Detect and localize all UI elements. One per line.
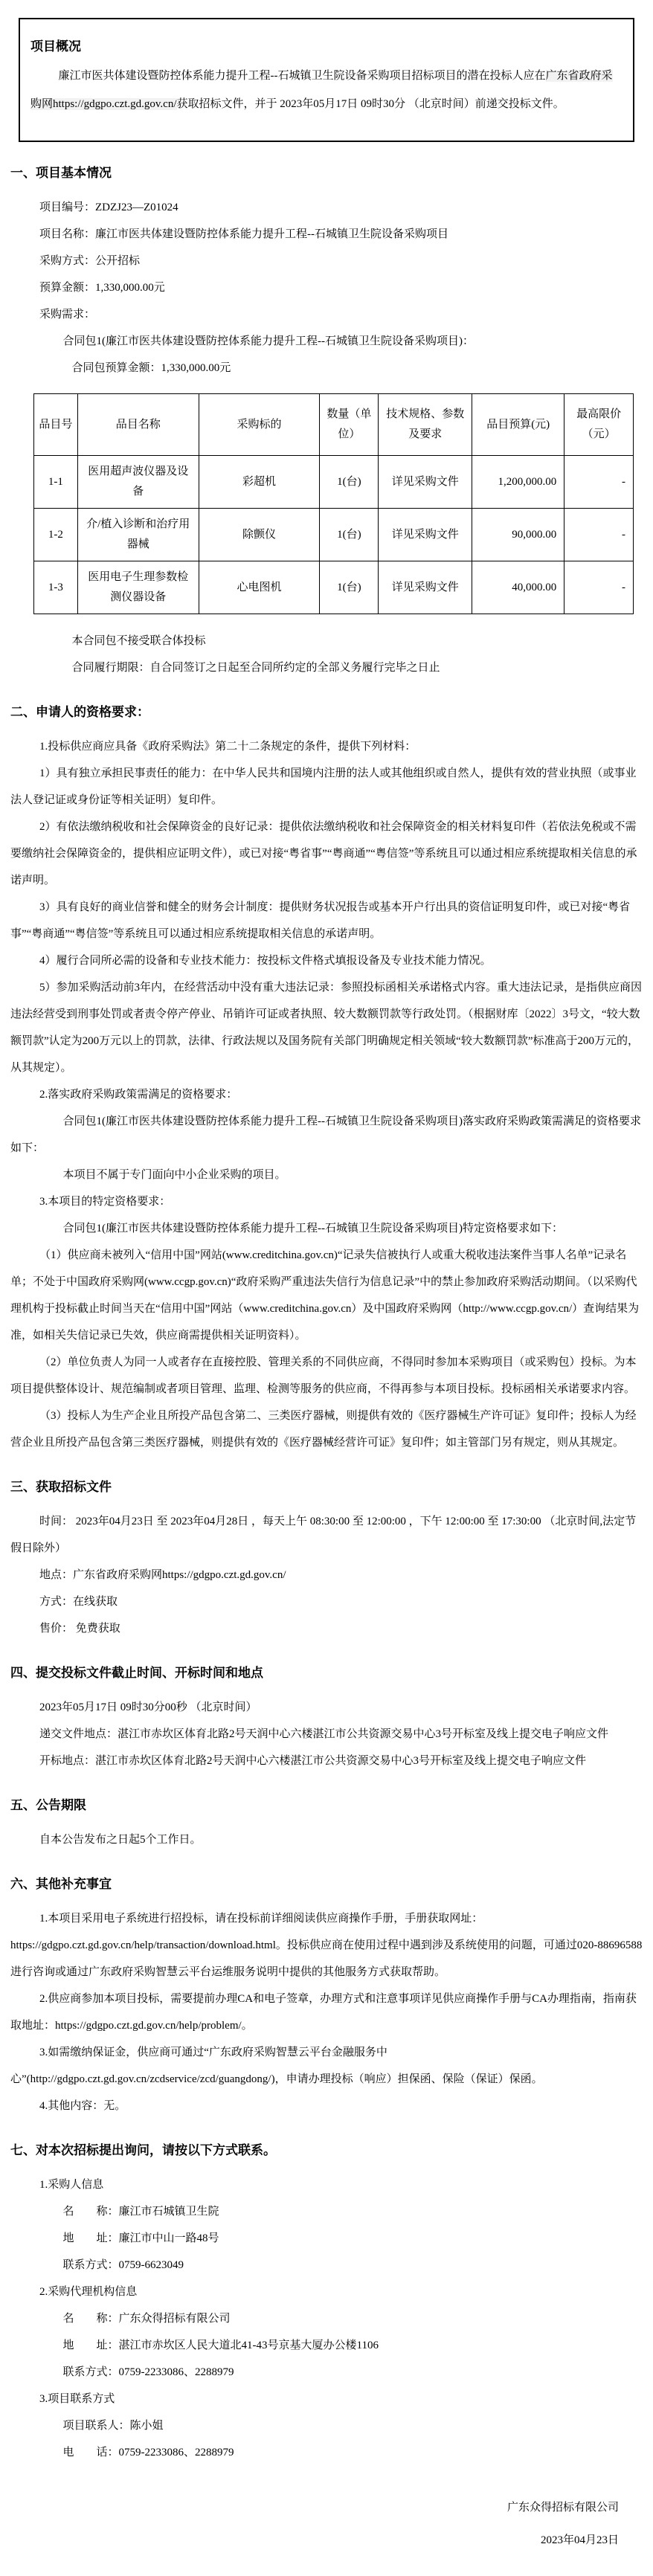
table-cell: 医用电子生理参数检测仪器设备 (77, 561, 199, 614)
project-overview-box: 项目概况 廉江市医共体建设暨防控体系能力提升工程--石城镇卫生院设备采购项目招标… (19, 18, 634, 142)
table-cell: 介/植入诊断和治疗用器械 (77, 509, 199, 561)
paragraph: 地点：广东省政府采购网https://gdgpo.czt.gd.gov.cn/ (10, 1562, 643, 1588)
paragraph: 地 址：湛江市赤坎区人民大道北41-43号京基大厦办公楼1106 (10, 2332, 643, 2359)
paragraph: 联系方式：0759-2233086、2288979 (10, 2359, 643, 2386)
paragraph: 4.其他内容：无。 (10, 2093, 643, 2119)
paragraph: 2）有依法缴纳税收和社会保障资金的良好记录：提供依法缴纳税收和社会保障资金的相关… (10, 814, 643, 894)
paragraph: 项目联系人：陈小姐 (10, 2412, 643, 2439)
table-cell: 1(台) (320, 509, 379, 561)
table-cell: 心电图机 (199, 561, 320, 614)
table-row: 1-1医用超声波仪器及设备彩超机1(台)详见采购文件1,200,000.00- (34, 456, 634, 509)
paragraph: 预算金额：1,330,000.00元 (10, 274, 643, 301)
table-cell: 1-1 (34, 456, 78, 509)
footer-date: 2023年04月23日 (10, 2524, 619, 2557)
table-header-cell: 数量（单位） (320, 394, 379, 456)
table-header-cell: 品目预算(元) (472, 394, 564, 456)
paragraph: 4）履行合同所必需的设备和专业技术能力：按投标文件格式填报设备及专业技术能力情况… (10, 947, 643, 974)
section-heading: 六、其他补充事宜 (10, 1875, 643, 1893)
overview-paragraph: 廉江市医共体建设暨防控体系能力提升工程--石城镇卫生院设备采购项目招标项目的潜在… (30, 62, 623, 118)
paragraph: 本项目不属于专门面向中小企业采购的项目。 (10, 1162, 643, 1188)
table-cell: 医用超声波仪器及设备 (77, 456, 199, 509)
paragraph: 3.本项目的特定资格要求： (10, 1188, 643, 1215)
table-cell: 详见采购文件 (379, 509, 472, 561)
paragraph: 自本公告发布之日起5个工作日。 (10, 1826, 643, 1853)
paragraph: 合同包1(廉江市医共体建设暨防控体系能力提升工程--石城镇卫生院设备采购项目)： (10, 328, 643, 355)
table-cell: 40,000.00 (472, 561, 564, 614)
paragraph: （1）供应商未被列入“信用中国”网站(www.creditchina.gov.c… (10, 1242, 643, 1349)
paragraph: 合同包1(廉江市医共体建设暨防控体系能力提升工程--石城镇卫生院设备采购项目)特… (10, 1215, 643, 1242)
table-cell: - (564, 456, 634, 509)
paragraph: 递交文件地点：湛江市赤坎区体育北路2号天润中心六楼湛江市公共资源交易中心3号开标… (10, 1721, 643, 1748)
section-heading: 七、对本次招标提出询问，请按以下方式联系。 (10, 2142, 643, 2160)
table-cell: 详见采购文件 (379, 456, 472, 509)
paragraph: 2.落实政府采购政策需满足的资格要求： (10, 1081, 643, 1108)
paragraph: 2.采购代理机构信息 (10, 2279, 643, 2305)
paragraph: 1.本项目采用电子系统进行招投标，请在投标前详细阅读供应商操作手册，手册获取网址… (10, 1905, 643, 1986)
table-cell: 彩超机 (199, 456, 320, 509)
paragraph: 本合同包不接受联合体投标 (10, 628, 643, 654)
paragraph: 合同履行期限：自合同签订之日起至合同所约定的全部义务履行完毕之日止 (10, 654, 643, 681)
overview-text-tail: 获取招标文件，并于 2023年05月17日 09时30分 （北京时间）前递交投标… (177, 98, 564, 110)
paragraph: 售价： 免费获取 (10, 1615, 643, 1642)
paragraph: 3）具有良好的商业信誉和健全的财务会计制度：提供财务状况报告或基本开户行出具的资… (10, 894, 643, 947)
paragraph: 采购需求： (10, 301, 643, 328)
paragraph: 名 称：廉江市石城镇卫生院 (10, 2198, 643, 2225)
table-cell: - (564, 509, 634, 561)
paragraph: （2）单位负责人为同一人或者存在直接控股、管理关系的不同供应商，不得同时参加本采… (10, 1349, 643, 1403)
paragraph: 2023年05月17日 09时30分00秒 （北京时间） (10, 1694, 643, 1721)
paragraph: 联系方式：0759-6623049 (10, 2252, 643, 2279)
paragraph: （3）投标人为生产企业且所投产品包含第二、三类医疗器械，则提供有效的《医疗器械生… (10, 1403, 643, 1456)
document-footer: 广东众得招标有限公司 2023年04月23日 (10, 2491, 643, 2557)
paragraph: 1.投标供应商应具备《政府采购法》第二十二条规定的条件，提供下列材料： (10, 733, 643, 760)
table-header-row: 品目号品目名称采购标的数量（单位）技术规格、参数及要求品目预算(元)最高限价（元… (34, 394, 634, 456)
paragraph: 电 话：0759-2233086、2288979 (10, 2439, 643, 2466)
section-heading: 一、项目基本情况 (10, 164, 643, 182)
section-heading: 四、提交投标文件截止时间、开标时间和地点 (10, 1664, 643, 1682)
paragraph: 项目名称：廉江市医共体建设暨防控体系能力提升工程--石城镇卫生院设备采购项目 (10, 221, 643, 248)
paragraph: 合同包1(廉江市医共体建设暨防控体系能力提升工程--石城镇卫生院设备采购项目)落… (10, 1108, 643, 1162)
paragraph: 地 址：廉江市中山一路48号 (10, 2225, 643, 2252)
procurement-items-table: 品目号品目名称采购标的数量（单位）技术规格、参数及要求品目预算(元)最高限价（元… (33, 393, 634, 614)
paragraph: 1）具有独立承担民事责任的能力：在中华人民共和国境内注册的法人或其他组织或自然人… (10, 760, 643, 814)
table-cell: 90,000.00 (472, 509, 564, 561)
paragraph: 方式：在线获取 (10, 1588, 643, 1615)
footer-agency-name: 广东众得招标有限公司 (10, 2491, 619, 2524)
table-header-cell: 采购标的 (199, 394, 320, 456)
table-cell: 1-3 (34, 561, 78, 614)
table-header-cell: 品目名称 (77, 394, 199, 456)
table-cell: 1(台) (320, 456, 379, 509)
section-heading: 五、公告期限 (10, 1797, 643, 1815)
paragraph: 3.项目联系方式 (10, 2386, 643, 2412)
table-cell: 1,200,000.00 (472, 456, 564, 509)
table-row: 1-3医用电子生理参数检测仪器设备心电图机1(台)详见采购文件40,000.00… (34, 561, 634, 614)
table-cell: - (564, 561, 634, 614)
section-heading: 三、获取招标文件 (10, 1478, 643, 1496)
table-cell: 1-2 (34, 509, 78, 561)
paragraph: 2.供应商参加本项目投标，需要提前办理CA和电子签章，办理方式和注意事项详见供应… (10, 1986, 643, 2039)
paragraph: 3.如需缴纳保证金，供应商可通过“广东政府采购智慧云平台金融服务中心”(http… (10, 2039, 643, 2093)
overview-text-lead: 廉江市医共体建设暨防控体系能力提升工程--石城镇卫生院设备采购项目招标项目的潜在… (59, 70, 546, 82)
paragraph: 项目编号：ZDZJ23—Z01024 (10, 194, 643, 221)
paragraph: 5）参加采购活动前3年内，在经营活动中没有重大违法记录：参照投标函相关承诺格式内… (10, 974, 643, 1081)
table-cell: 详见采购文件 (379, 561, 472, 614)
paragraph: 采购方式：公开招标 (10, 248, 643, 274)
document-body: 一、项目基本情况项目编号：ZDZJ23—Z01024项目名称：廉江市医共体建设暨… (10, 164, 643, 2466)
overview-title: 项目概况 (30, 36, 623, 54)
section-heading: 二、申请人的资格要求： (10, 703, 643, 721)
paragraph: 名 称：广东众得招标有限公司 (10, 2305, 643, 2332)
paragraph: 1.采购人信息 (10, 2171, 643, 2198)
paragraph: 时间： 2023年04月23日 至 2023年04月28日 ，每天上午 08:3… (10, 1508, 643, 1562)
table-cell: 1(台) (320, 561, 379, 614)
table-header-cell: 品目号 (34, 394, 78, 456)
table-header-cell: 最高限价（元） (564, 394, 634, 456)
table-cell: 除颤仪 (199, 509, 320, 561)
tender-announcement-document: 项目概况 廉江市医共体建设暨防控体系能力提升工程--石城镇卫生院设备采购项目招标… (0, 0, 653, 2576)
table-row: 1-2介/植入诊断和治疗用器械除颤仪1(台)详见采购文件90,000.00- (34, 509, 634, 561)
table-header-cell: 技术规格、参数及要求 (379, 394, 472, 456)
paragraph: 开标地点：湛江市赤坎区体育北路2号天润中心六楼湛江市公共资源交易中心3号开标室及… (10, 1748, 643, 1774)
paragraph: 合同包预算金额：1,330,000.00元 (10, 355, 643, 381)
